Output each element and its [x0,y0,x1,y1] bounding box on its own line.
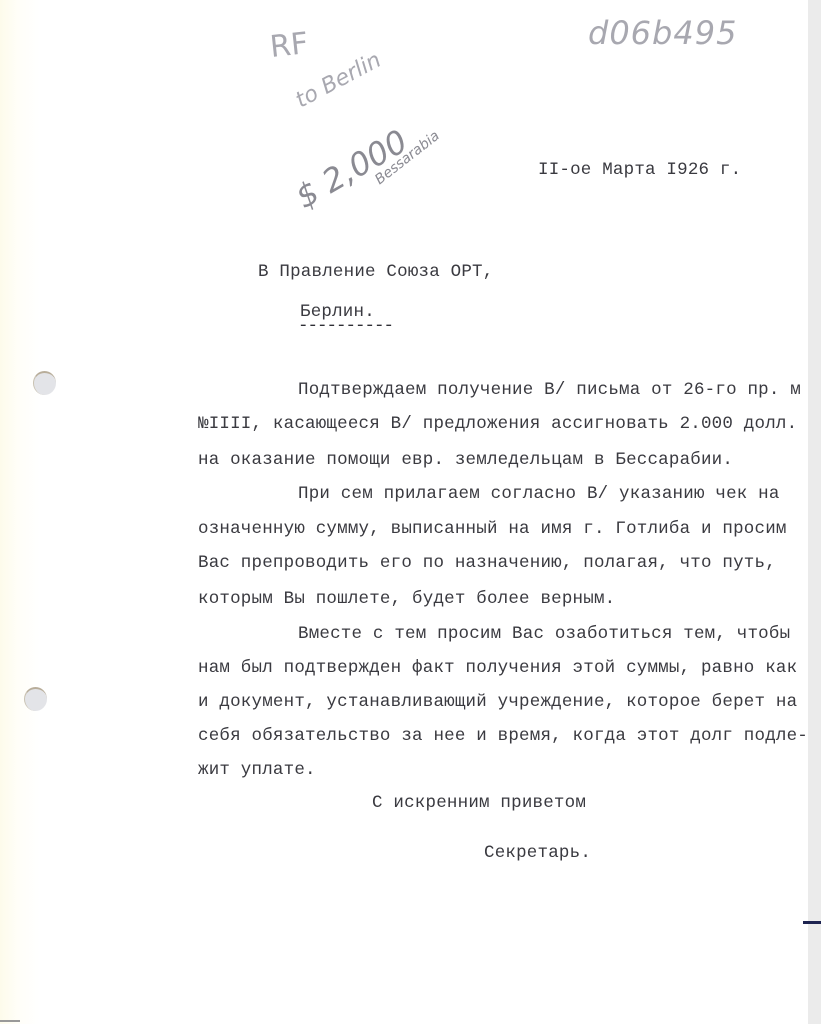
body-line-8: Вместе с тем просим Вас озаботиться тем,… [298,624,790,644]
body-line-5: означенную сумму, выписанный на имя г. Г… [198,519,787,539]
body-line-6: Вас препроводить его по назначению, пола… [198,553,776,573]
body-line-3: на оказание помощи евр. земледельцам в Б… [198,450,733,470]
body-line-2: №IIII, касающееся В/ предложения ассигно… [198,414,797,434]
letter-date: II-ое Марта I926 г. [538,160,741,180]
body-line-10: и документ, устанавливающий учреждение, … [198,692,797,712]
recipient-line-1: В Правление Союза ОРТ, [258,262,493,282]
scanned-letter-page: RF to Berlin d06b495 $ 2,000 Bessarabia … [0,0,808,1024]
punch-hole-bottom [24,687,47,711]
archive-id-stamp: d06b495 [588,14,737,52]
scan-edge-mark [0,1020,20,1022]
letter-signature: Секретарь. [484,843,591,863]
body-line-9: нам был подтвержден факт получения этой … [198,658,797,678]
handwritten-note-rf: RF [268,26,310,65]
scan-border-strip [808,0,821,1024]
body-line-12: жит уплате. [198,760,316,780]
body-line-7: которым Вы пошлете, будет более верным. [198,589,615,609]
body-line-4: При сем прилагаем согласно В/ указанию ч… [298,484,780,504]
letter-closing: С искренним приветом [372,793,586,813]
scan-edge-marker [803,921,821,924]
body-line-11: себя обязательство за нее и время, когда… [198,726,808,746]
body-line-1: Подтверждаем получение В/ письма от 26-г… [298,380,801,400]
recipient-underline: ---------- [298,316,393,336]
punch-hole-top [33,371,56,395]
